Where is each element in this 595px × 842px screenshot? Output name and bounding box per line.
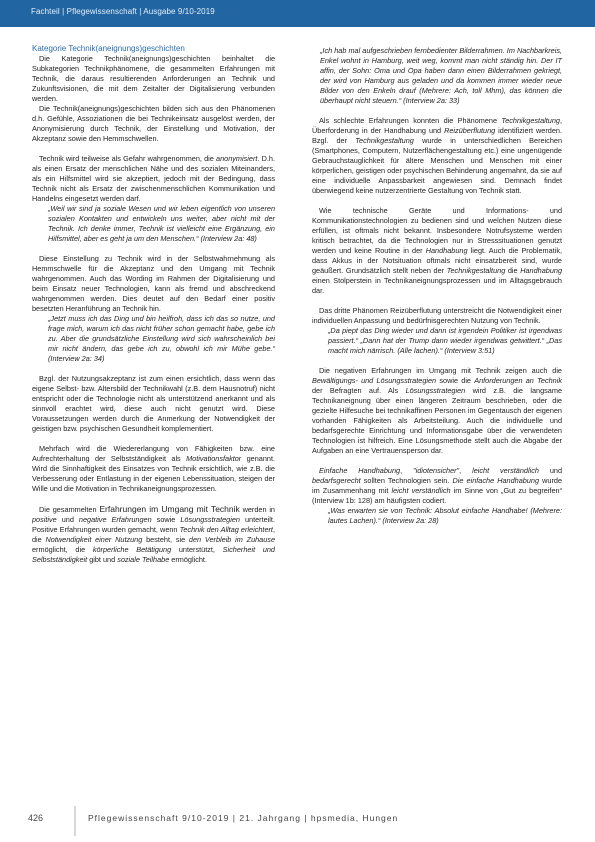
paragraph: Die negativen Erfahrungen im Umgang mit … bbox=[312, 366, 562, 456]
page-footer: 426 Pflegewissenschaft 9/10-2019 | 21. J… bbox=[0, 800, 595, 842]
footer-divider bbox=[74, 806, 76, 836]
paragraph: Als schlechte Erfahrungen konnten die Ph… bbox=[312, 116, 562, 196]
interview-quote: „Weil wir sind ja soziale Wesen und wir … bbox=[32, 204, 275, 244]
publication-info: Pflegewissenschaft 9/10-2019 | 21. Jahrg… bbox=[88, 813, 398, 823]
paragraph: Die Kategorie Technik(aneignungs)geschic… bbox=[32, 54, 275, 104]
paragraph: Mehrfach wird die Wiedererlangung von Fä… bbox=[32, 444, 275, 494]
left-column: Kategorie Technik(aneignungs)geschichten… bbox=[32, 44, 275, 565]
running-header-bar: Fachteil | Pflegewissenschaft | Ausgabe … bbox=[0, 0, 595, 27]
paragraph: Einfache Handhabung, "idiotensicher", le… bbox=[312, 466, 562, 506]
paragraph: Bzgl. der Nutzungsakzeptanz ist zum eine… bbox=[32, 374, 275, 434]
paragraph: Wie technische Geräte und Informations- … bbox=[312, 206, 562, 296]
paragraph: Die gesammelten Erfahrungen im Umgang mi… bbox=[32, 504, 275, 565]
paragraph: Technik wird teilweise als Gefahr wahrge… bbox=[32, 154, 275, 204]
section-heading: Kategorie Technik(aneignungs)geschichten bbox=[32, 44, 275, 54]
interview-quote: „Da piept das Ding wieder und dann ist i… bbox=[312, 326, 562, 356]
paragraph: Die Technik(aneignungs)geschichten bilde… bbox=[32, 104, 275, 144]
interview-quote: „Ich hab mal aufgeschrieben fernbediente… bbox=[312, 46, 562, 106]
interview-quote: „Jetzt muss ich das Ding und bin heilfro… bbox=[32, 314, 275, 364]
paragraph: Diese Einstellung zu Technik wird in der… bbox=[32, 254, 275, 314]
page-number: 426 bbox=[28, 813, 43, 823]
running-head: Fachteil | Pflegewissenschaft | Ausgabe … bbox=[31, 7, 215, 16]
paragraph: Das dritte Phänomen Reizüberflutung unte… bbox=[312, 306, 562, 326]
right-column: „Ich hab mal aufgeschrieben fernbediente… bbox=[312, 46, 562, 526]
interview-quote: „Was erwarten sie von Technik: Absolut e… bbox=[312, 506, 562, 526]
